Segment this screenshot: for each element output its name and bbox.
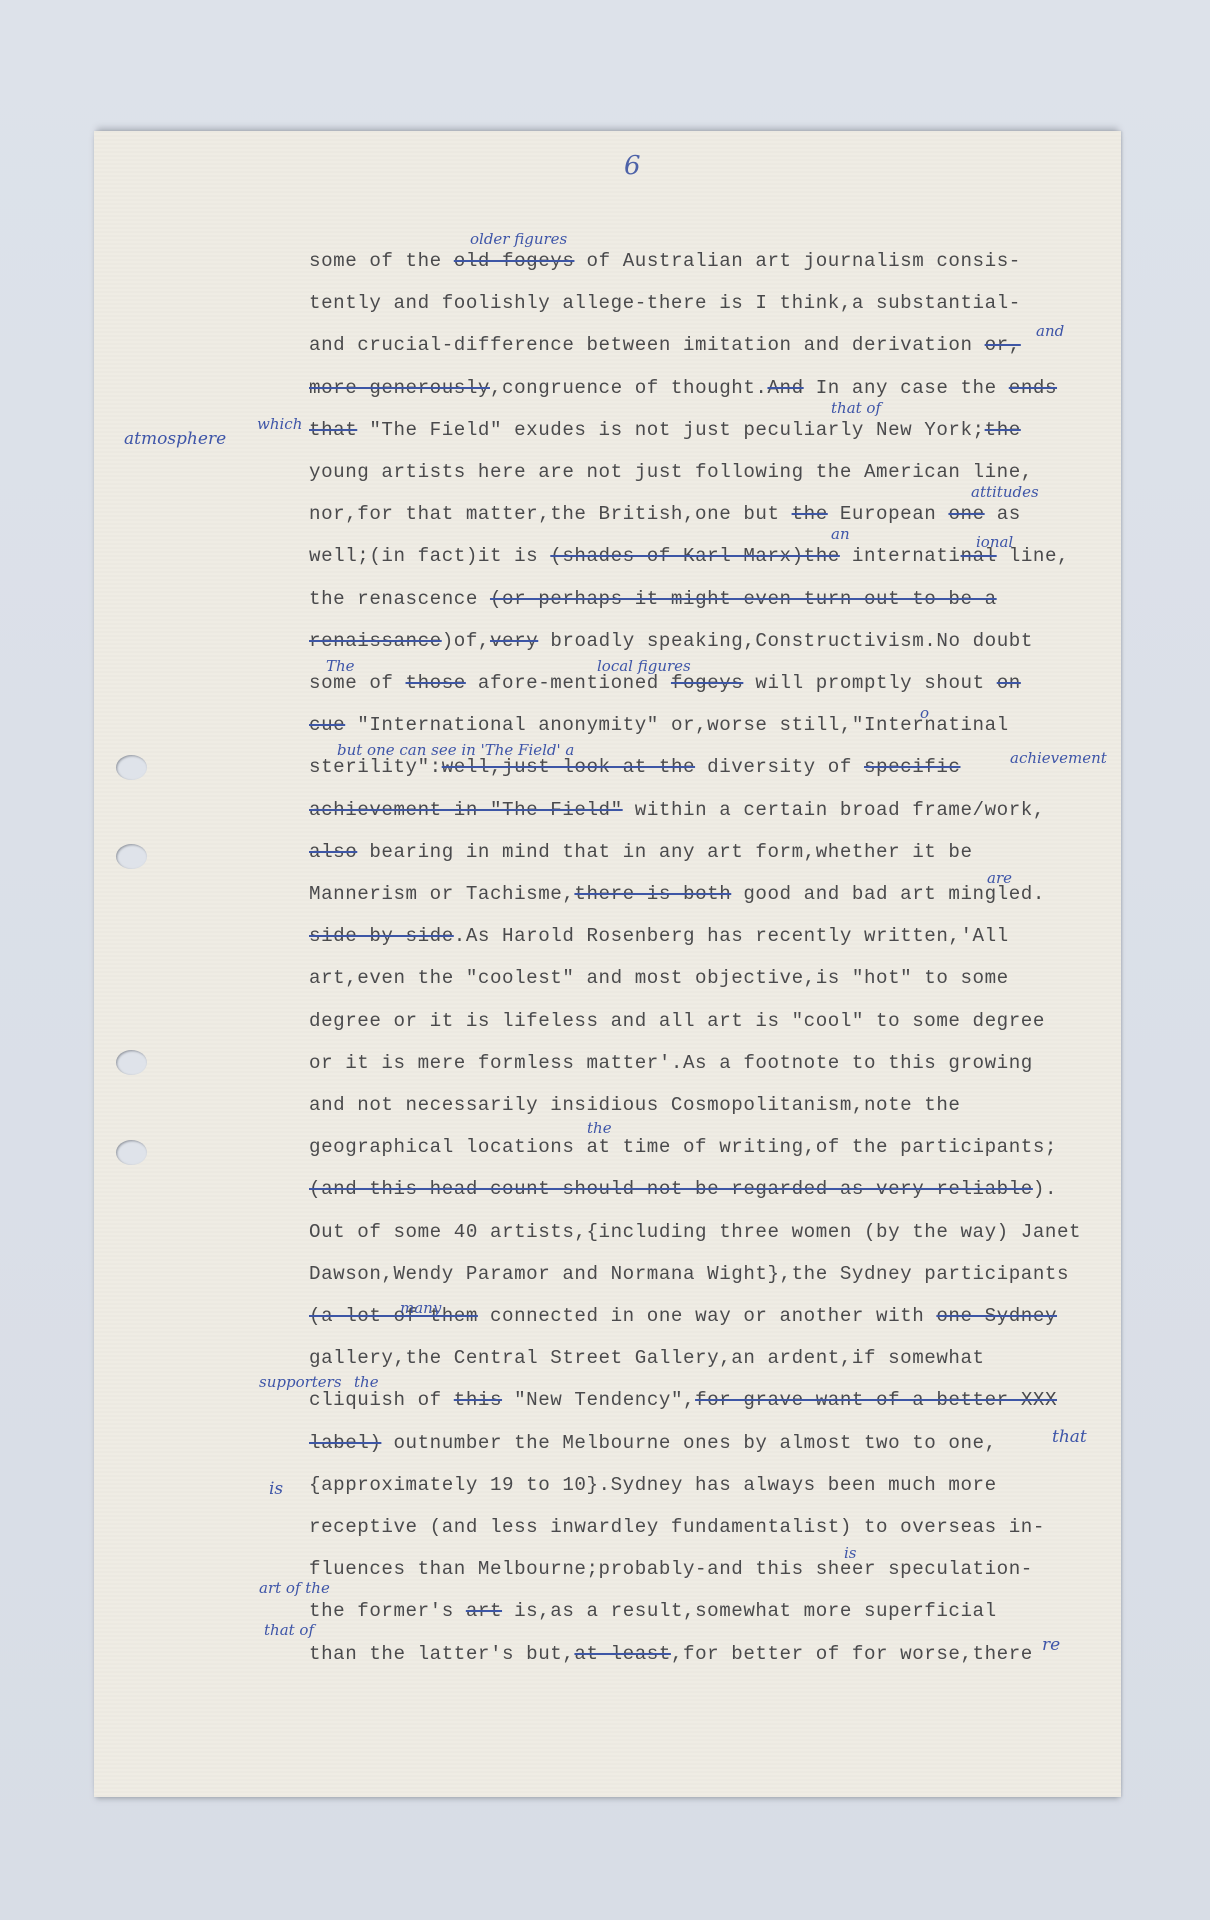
- struck-text: the: [792, 503, 828, 525]
- typed-line: label) outnumber the Melbourne ones by a…: [309, 1434, 997, 1453]
- typed-line: some of the old fogeys of Australian art…: [309, 252, 1021, 271]
- typed-text: art,even the "coolest" and most objectiv…: [309, 967, 1009, 989]
- typed-text: Dawson,Wendy Paramor and Normana Wight},…: [309, 1263, 1069, 1285]
- handwritten-insert: that: [1052, 1429, 1087, 1446]
- typed-line: gallery,the Central Street Gallery,an ar…: [309, 1349, 985, 1368]
- struck-text: or,: [985, 334, 1021, 356]
- typed-text: "The Field" exudes is not just peculiarl…: [357, 419, 984, 441]
- typed-text: In any case the: [804, 377, 1009, 399]
- handwritten-insert: art of the: [259, 1581, 330, 1596]
- struck-text: ends: [1009, 377, 1057, 399]
- typed-line: art,even the "coolest" and most objectiv…: [309, 969, 1009, 988]
- struck-text: this: [454, 1389, 502, 1411]
- typed-text: is,as a result,somewhat more superficial: [502, 1600, 997, 1622]
- typed-text: receptive (and less inwardley fundamenta…: [309, 1516, 1045, 1538]
- typed-line: more generously,congruence of thought.An…: [309, 379, 1057, 398]
- struck-text: renaissance: [309, 630, 442, 652]
- typed-text: some of the: [309, 250, 454, 272]
- struck-text: (a lot of them: [309, 1305, 478, 1327]
- typed-text: tently and foolishly allege-there is I t…: [309, 292, 1021, 314]
- typed-line: receptive (and less inwardley fundamenta…: [309, 1518, 1045, 1537]
- typed-text: nor,for that matter,the British,one but: [309, 503, 792, 525]
- typed-line: and not necessarily insidious Cosmopolit…: [309, 1096, 960, 1115]
- handwritten-insert: o: [920, 706, 929, 721]
- typed-line: geographical locations at time of writin…: [309, 1138, 1057, 1157]
- handwritten-insert: achievement: [1010, 751, 1107, 766]
- struck-text: (and this head count should not be regar…: [309, 1178, 1033, 1200]
- typed-text: the renascence: [309, 588, 490, 610]
- typed-line: young artists here are not just followin…: [309, 463, 1033, 482]
- typed-text: than the latter's but,: [309, 1643, 574, 1665]
- typed-line: side by side.As Harold Rosenberg has rec…: [309, 927, 1009, 946]
- typed-line: Dawson,Wendy Paramor and Normana Wight},…: [309, 1265, 1069, 1284]
- typed-line: the former's art is,as a result,somewhat…: [309, 1602, 997, 1621]
- typed-line: cue "International anonymity" or,worse s…: [309, 716, 1009, 735]
- struck-text: side by side: [309, 925, 454, 947]
- punch-hole: [116, 755, 147, 780]
- typed-line: nor,for that matter,the British,one but …: [309, 505, 1021, 524]
- typed-text: "New Tendency",: [502, 1389, 695, 1411]
- handwritten-insert: the: [354, 1375, 379, 1390]
- typed-text: afore-mentioned: [466, 672, 671, 694]
- struck-text: that: [309, 419, 357, 441]
- struck-text: very: [490, 630, 538, 652]
- typed-text: Mannerism or Tachisme,: [309, 883, 574, 905]
- typed-text: internati: [840, 545, 961, 567]
- struck-text: those: [406, 672, 466, 694]
- typed-text: or it is mere formless matter'.As a foot…: [309, 1052, 1033, 1074]
- struck-text: art: [466, 1600, 502, 1622]
- typed-text: as: [985, 503, 1021, 525]
- margin-note: is: [269, 1481, 283, 1498]
- typed-text: outnumber the Melbourne ones by almost t…: [381, 1432, 996, 1454]
- typed-text: Out of some 40 artists,{including three …: [309, 1221, 1081, 1243]
- typed-text: connected in one way or another with: [478, 1305, 936, 1327]
- struck-text: well,just look at the: [442, 756, 695, 778]
- punch-hole: [116, 844, 147, 869]
- struck-text: old fogeys: [454, 250, 575, 272]
- typed-text: the former's: [309, 1600, 466, 1622]
- typed-line: {approximately 19 to 10}.Sydney has alwa…: [309, 1476, 997, 1495]
- typed-line: renaissance)of,very broadly speaking,Con…: [309, 632, 1033, 651]
- struck-text: for grave want of a better XXX: [695, 1389, 1057, 1411]
- typed-text: {approximately 19 to 10}.Sydney has alwa…: [309, 1474, 997, 1496]
- handwritten-insert: re: [1042, 1637, 1060, 1654]
- struck-text: on: [997, 672, 1021, 694]
- typed-text: young artists here are not just followin…: [309, 461, 1033, 483]
- struck-text: fogeys: [671, 672, 743, 694]
- typed-line: some of those afore-mentioned fogeys wil…: [309, 674, 1021, 693]
- typed-text: ).: [1033, 1178, 1057, 1200]
- handwritten-insert: The: [326, 659, 355, 674]
- typed-line: well;(in fact)it is (shades of Karl Marx…: [309, 547, 1069, 566]
- struck-text: at least: [574, 1643, 671, 1665]
- handwritten-insert: which: [257, 417, 302, 432]
- typed-text: ,for better of for worse,there: [671, 1643, 1033, 1665]
- typescript-page: 6 some of the old fogeys of Australian a…: [94, 131, 1121, 1797]
- struck-text: cue: [309, 714, 345, 736]
- typed-text: "International anonymity" or,worse still…: [345, 714, 1009, 736]
- typed-text: and not necessarily insidious Cosmopolit…: [309, 1094, 960, 1116]
- typed-text: broadly speaking,Constructivism.No doubt: [538, 630, 1033, 652]
- typed-text: .As Harold Rosenberg has recently writte…: [454, 925, 1009, 947]
- typed-text: European: [828, 503, 949, 525]
- handwritten-insert: attitudes: [971, 485, 1039, 500]
- typed-line: achievement in "The Field" within a cert…: [309, 801, 1045, 820]
- typed-line: also bearing in mind that in any art for…: [309, 843, 973, 862]
- struck-text: the: [985, 419, 1021, 441]
- typed-text: degree or it is lifeless and all art is …: [309, 1010, 1045, 1032]
- handwritten-insert: is: [844, 1546, 857, 1561]
- struck-text: one Sydney: [936, 1305, 1057, 1327]
- typed-text: some of: [309, 672, 406, 694]
- typed-line: (and this head count should not be regar…: [309, 1180, 1057, 1199]
- handwritten-insert: local figures: [597, 659, 691, 674]
- handwritten-insert: many: [400, 1301, 441, 1316]
- handwritten-insert: that of: [264, 1623, 314, 1638]
- typed-text: gallery,the Central Street Gallery,an ar…: [309, 1347, 985, 1369]
- typed-line: than the latter's but,at least,for bette…: [309, 1645, 1033, 1664]
- punch-hole: [116, 1140, 147, 1165]
- typed-text: and crucial-difference between imitation…: [309, 334, 985, 356]
- handwritten-insert: an: [831, 527, 850, 542]
- handwritten-insert: older figures: [470, 232, 567, 247]
- typed-line: tently and foolishly allege-there is I t…: [309, 294, 1021, 313]
- handwritten-insert: supporters: [259, 1375, 342, 1390]
- typed-text: of Australian art journalism consis-: [574, 250, 1020, 272]
- page-number: 6: [624, 151, 641, 181]
- struck-text: specific: [864, 756, 961, 778]
- handwritten-insert: ional: [976, 535, 1013, 550]
- typed-text: )of,: [442, 630, 490, 652]
- punch-hole: [116, 1050, 147, 1075]
- handwritten-insert: the: [587, 1121, 612, 1136]
- typed-line: that "The Field" exudes is not just pecu…: [309, 421, 1021, 440]
- typed-text: within a certain broad frame/work,: [623, 799, 1045, 821]
- handwritten-insert: but one can see in 'The Field' a: [337, 743, 574, 758]
- struck-text: (or perhaps it might even turn out to be…: [490, 588, 997, 610]
- typed-text: sterility":: [309, 756, 442, 778]
- struck-text: also: [309, 841, 357, 863]
- typed-text: fluences than Melbourne;probably-and thi…: [309, 1558, 1033, 1580]
- typed-text: will promptly shout: [743, 672, 996, 694]
- typed-text: ,congruence of thought.: [490, 377, 767, 399]
- typed-text: diversity of: [695, 756, 864, 778]
- typed-line: Out of some 40 artists,{including three …: [309, 1223, 1081, 1242]
- typed-line: and crucial-difference between imitation…: [309, 336, 1021, 355]
- typed-line: sterility":well,just look at the diversi…: [309, 758, 961, 777]
- handwritten-insert: that of: [831, 401, 881, 416]
- typed-line: the renascence (or perhaps it might even…: [309, 590, 997, 609]
- struck-text: And: [767, 377, 803, 399]
- typed-line: fluences than Melbourne;probably-and thi…: [309, 1560, 1033, 1579]
- struck-text: there is both: [574, 883, 731, 905]
- typed-line: Mannerism or Tachisme,there is both good…: [309, 885, 1045, 904]
- margin-note: atmosphere: [124, 431, 226, 448]
- struck-text: more generously: [309, 377, 490, 399]
- typed-line: degree or it is lifeless and all art is …: [309, 1012, 1045, 1031]
- struck-text: achievement in "The Field": [309, 799, 623, 821]
- struck-text: one: [948, 503, 984, 525]
- handwritten-insert: are: [987, 871, 1012, 886]
- typed-line: cliquish of this "New Tendency",for grav…: [309, 1391, 1057, 1410]
- typed-text: geographical locations at time of writin…: [309, 1136, 1057, 1158]
- typed-text: well;(in fact)it is: [309, 545, 550, 567]
- typed-text: bearing in mind that in any art form,whe…: [357, 841, 972, 863]
- typed-line: or it is mere formless matter'.As a foot…: [309, 1054, 1033, 1073]
- handwritten-insert: and: [1036, 324, 1064, 339]
- typed-text: cliquish of: [309, 1389, 454, 1411]
- struck-text: (shades of Karl Marx)the: [550, 545, 840, 567]
- struck-text: label): [309, 1432, 381, 1454]
